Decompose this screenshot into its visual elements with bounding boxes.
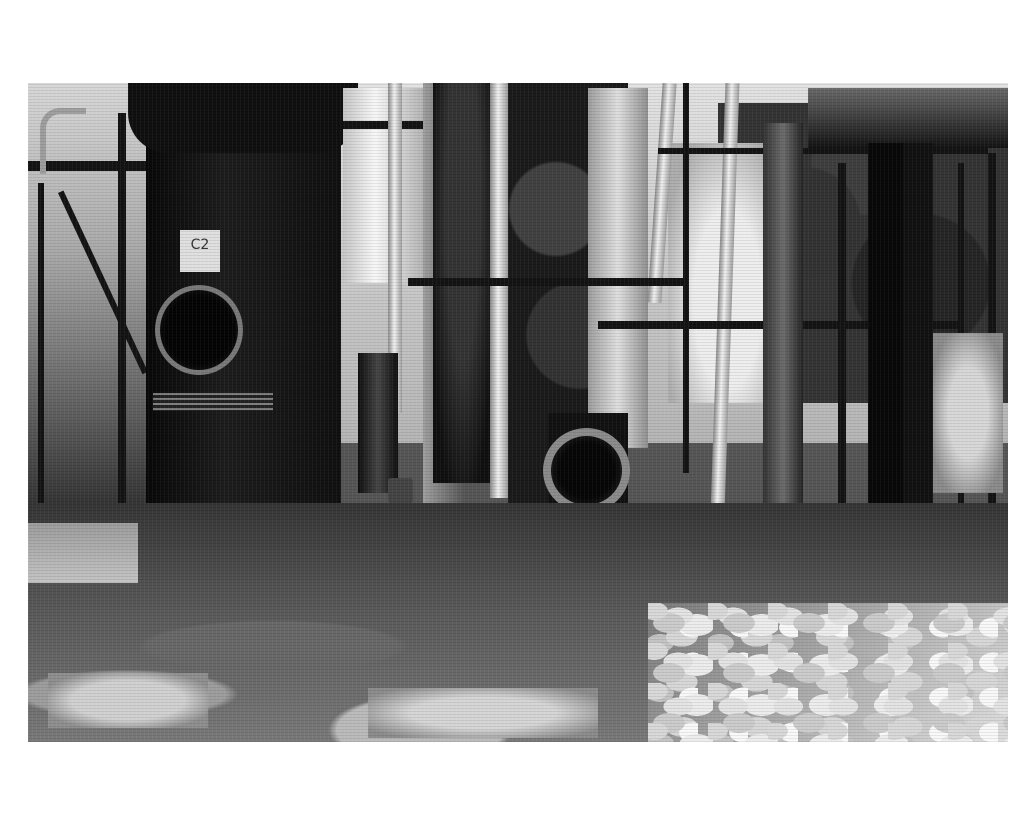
industrial-ruin-photo: C2 <box>28 83 1008 742</box>
horizontal-pipe <box>408 278 688 286</box>
upper-platform <box>808 88 1008 148</box>
light-gap <box>933 333 1003 493</box>
vessel-top <box>128 83 358 153</box>
vessel-porthole <box>155 285 243 375</box>
curved-pipe <box>40 108 86 174</box>
concrete-slab <box>28 523 138 583</box>
scaffold-crossbar <box>658 148 988 154</box>
vessel-label-plate: C2 <box>180 230 220 272</box>
scaffold-post <box>38 183 44 503</box>
rear-column <box>588 88 648 448</box>
rubble-stone <box>368 688 598 738</box>
scaffold-rod <box>683 83 689 473</box>
dark-column <box>903 143 933 513</box>
centrifugal-pump <box>543 428 630 513</box>
valve-assembly <box>358 353 398 493</box>
rubble-stone <box>48 673 208 728</box>
dark-column <box>868 143 908 513</box>
scaffold-rod <box>838 163 846 523</box>
valve-flange <box>388 478 413 503</box>
vessel-flange <box>153 393 273 411</box>
white-tank <box>343 88 423 283</box>
tank-band <box>343 121 423 129</box>
scaffold-post <box>118 113 126 503</box>
white-standpipe <box>490 83 508 498</box>
ground-cover-leaves <box>648 603 1008 742</box>
